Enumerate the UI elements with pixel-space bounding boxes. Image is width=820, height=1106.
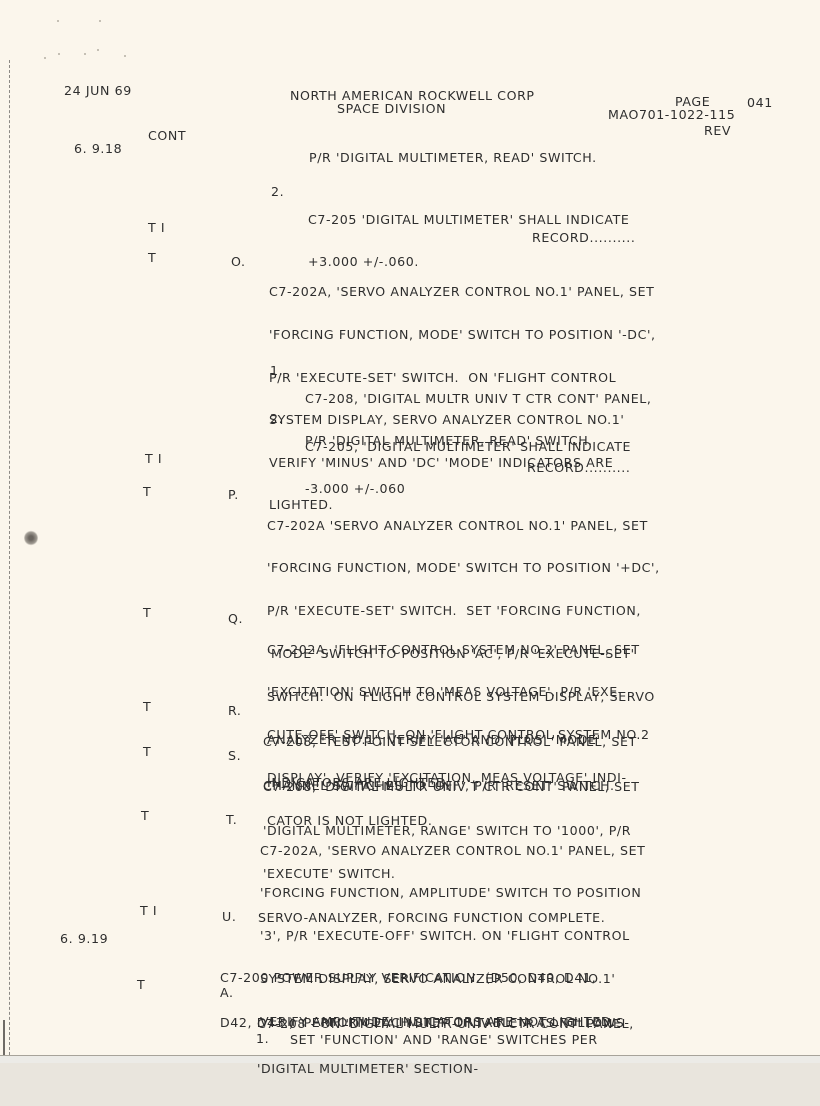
step-o1-number: 1. <box>270 364 283 378</box>
step-a-code: T <box>137 978 145 992</box>
binder-edge-dark <box>3 1020 5 1055</box>
step-o-letter: O. <box>231 255 246 269</box>
section-number-6-9-19: 6. 9.19 <box>60 932 108 946</box>
step-o-code: T <box>148 251 156 265</box>
step-t-letter: T. <box>226 813 237 827</box>
speck <box>124 55 126 57</box>
punch-hole-mark <box>24 530 38 546</box>
cont-label: CONT <box>148 129 186 143</box>
speck <box>57 20 59 22</box>
step-a1-number: 1. <box>256 1032 269 1046</box>
step-s-letter: S. <box>228 749 241 763</box>
speck <box>97 49 99 51</box>
step-r-letter: R. <box>228 704 242 718</box>
header-rev-label: REV <box>704 124 731 138</box>
step-a1-text: SET 'FUNCTION' AND 'RANGE' SWITCHES PER <box>290 1033 598 1047</box>
header-page-number: 041 <box>747 96 773 110</box>
page-bottom-edge <box>0 1055 820 1062</box>
record-code: T I <box>145 452 162 466</box>
step-s-code: T <box>143 745 151 759</box>
step-p-letter: P. <box>228 488 239 502</box>
speck <box>44 57 46 59</box>
section-number-6-9-18: 6. 9.18 <box>74 142 122 156</box>
speck <box>58 53 60 55</box>
step-a-letter: A. <box>220 986 234 1000</box>
record-line: RECORD.......... <box>527 461 631 475</box>
step-q-code: T <box>143 606 151 620</box>
step-a-text: C7-208 - ON 'DIGITAL MULTR-UNIV T CTR CO… <box>257 986 634 1062</box>
step-r-code: T <box>143 700 151 714</box>
step-o2-number: 2. <box>270 412 283 426</box>
record-line: RECORD.......... <box>532 231 636 245</box>
step-2-number: 2. <box>271 185 284 199</box>
record-code: T I <box>148 221 165 235</box>
document-page: 24 JUN 69 NORTH AMERICAN ROCKWELL CORP S… <box>0 0 820 1055</box>
speck <box>84 53 86 55</box>
step-u-letter: U. <box>222 910 236 924</box>
speck <box>99 20 101 22</box>
header-division: SPACE DIVISION <box>337 102 446 116</box>
step-p-code: T <box>143 485 151 499</box>
pr-read-text: P/R 'DIGITAL MULTIMETER, READ' SWITCH. <box>309 151 597 165</box>
step-u-code: T I <box>140 904 157 918</box>
step-t-code: T <box>141 809 149 823</box>
binder-edge <box>9 60 10 1055</box>
header-doc-number: MAO701-1022-115 <box>608 108 735 122</box>
step-u-text: SERVO-ANALYZER, FORCING FUNCTION COMPLET… <box>258 911 605 925</box>
header-date: 24 JUN 69 <box>64 84 132 98</box>
